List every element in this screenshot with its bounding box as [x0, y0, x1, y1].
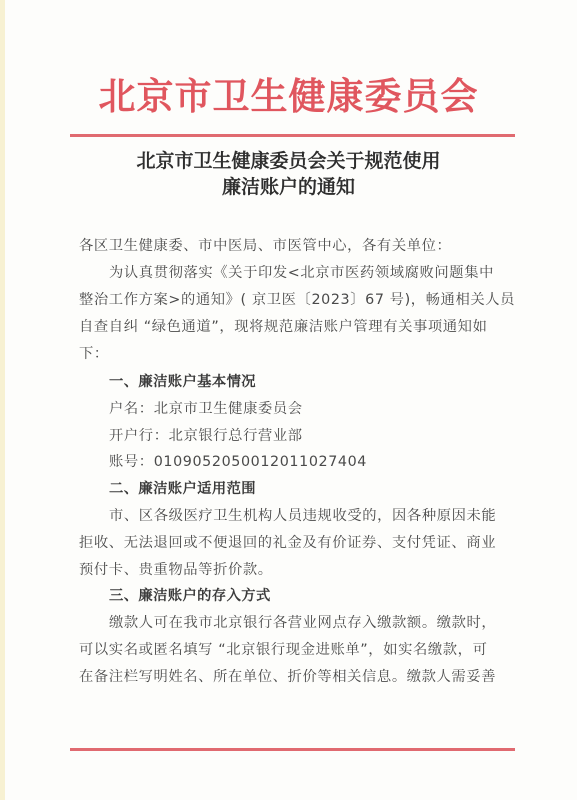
- red-separator-bottom: [70, 748, 515, 751]
- section-3-line-2: 可以实名或匿名填写 “北京银行现金进账单”，如实名缴款，可: [79, 640, 487, 660]
- section-1-heading: 一、廉洁账户基本情况: [109, 372, 256, 392]
- intro-line-2: 整治工作方案>的通知》( 京卫医〔2023〕67 号)，畅通相关人员: [79, 290, 515, 310]
- account-bank: 开户行：北京银行总行营业部: [109, 426, 303, 446]
- section-2-line-2: 拒收、无法退回或不便退回的礼金及有价证券、支付凭证、商业: [79, 533, 496, 553]
- intro-line-3: 自查自纠 “绿色通道”，现将规范廉洁账户管理有关事项通知如: [79, 317, 487, 337]
- intro-line-1: 为认真贯彻落实《关于印发<北京市医药领域腐败问题集中: [109, 263, 494, 283]
- section-2-line-1: 市、区各级医疗卫生机构人员违规收受的，因各种原因未能: [109, 506, 496, 526]
- addressee: 各区卫生健康委、市中医局、市医管中心，各有关单位：: [79, 236, 451, 256]
- section-3-line-3: 在备注栏写明姓名、所在单位、折价等相关信息。缴款人需妥善: [79, 667, 496, 687]
- document-body: 各区卫生健康委、市中医局、市医管中心，各有关单位： 为认真贯彻落实《关于印发<北…: [79, 0, 519, 800]
- section-2-line-3: 预付卡、贵重物品等折价款。: [79, 560, 273, 580]
- section-3-line-1: 缴款人可在我市北京银行各营业网点存入缴款额。缴款时，: [109, 613, 496, 633]
- account-name: 户名：北京市卫生健康委员会: [109, 399, 303, 419]
- section-3-heading: 三、廉洁账户的存入方式: [109, 586, 271, 606]
- page-edge: [0, 0, 5, 800]
- intro-line-4: 下：: [79, 344, 109, 364]
- account-number: 账号：0109052050012011027404: [109, 452, 367, 472]
- section-2-heading: 二、廉洁账户适用范围: [109, 479, 256, 499]
